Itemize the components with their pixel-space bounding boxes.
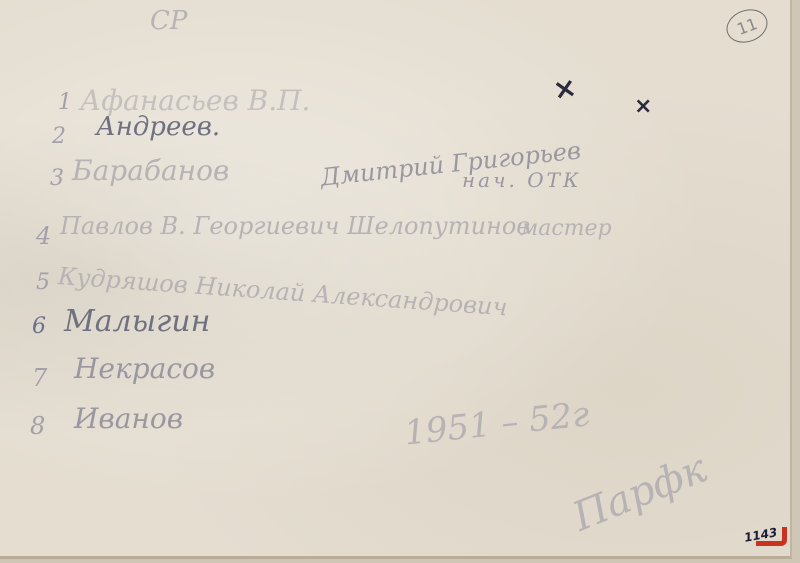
entry-number: 7 bbox=[32, 364, 47, 392]
signature: Парфк bbox=[566, 446, 713, 541]
photo-back-page: СР 11 × × 1 Афанасьев В.П. 2 Андреев. 3 … bbox=[0, 0, 792, 559]
header-mark: СР bbox=[150, 6, 187, 36]
entry-name: Андреев. bbox=[96, 112, 220, 142]
entry-name: Барабанов bbox=[72, 154, 229, 187]
cross-mark: × bbox=[550, 70, 579, 107]
entry-number: 3 bbox=[50, 166, 64, 191]
entry-name: Малыгин bbox=[64, 304, 210, 339]
entry-name: Павлов В. Георгиевич Шелопутинов bbox=[60, 212, 530, 240]
watermark-logo-icon bbox=[756, 527, 787, 546]
entry-note: нач. ОТК bbox=[462, 168, 581, 192]
entry-number: 4 bbox=[36, 222, 51, 250]
date-note: 1951 – 52г bbox=[402, 394, 591, 453]
entry-note: мастер bbox=[520, 216, 612, 241]
entry-number: 1 bbox=[58, 90, 72, 115]
entry-number: 8 bbox=[30, 412, 45, 440]
entry-number: 6 bbox=[32, 314, 46, 339]
entry-number: 5 bbox=[36, 270, 50, 295]
entry-number: 2 bbox=[52, 124, 66, 149]
cross-mark: × bbox=[634, 94, 652, 119]
entry-name: Иванов bbox=[74, 402, 183, 435]
circled-page-number: 11 bbox=[722, 4, 772, 48]
entry-name: Некрасов bbox=[74, 352, 215, 385]
